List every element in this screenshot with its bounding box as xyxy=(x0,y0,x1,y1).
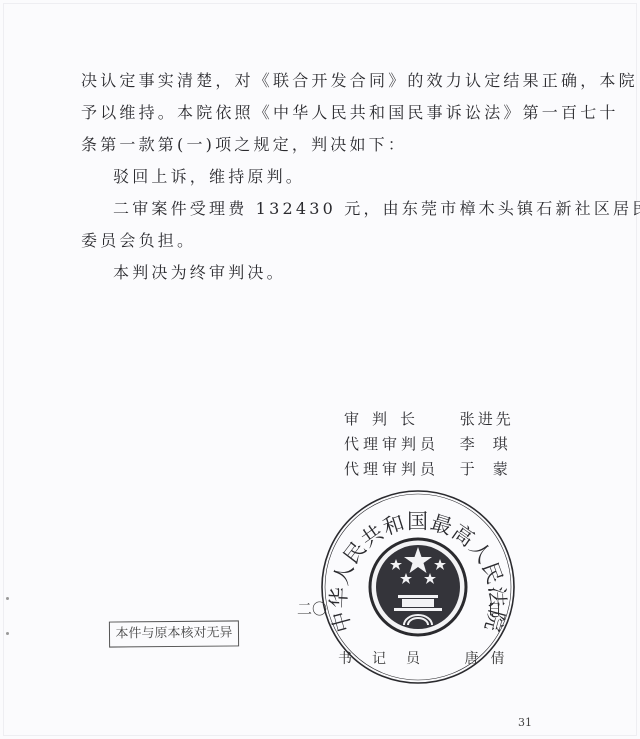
signature-name: 张进先 xyxy=(460,408,514,429)
signature-role: 代理审判员 xyxy=(344,433,454,454)
signature-role: 代理审判员 xyxy=(344,458,454,479)
body-line-3: 条第一款第(一)项之规定，判决如下： xyxy=(81,132,407,155)
clerk-name: 唐倩 xyxy=(464,651,516,667)
signature-role: 审判长 xyxy=(344,408,454,429)
ruling-line: 驳回上诉，维持原判。 xyxy=(113,164,305,187)
signature-acting-judge-2: 代理审判员 于蒙 xyxy=(344,458,526,479)
page-number: 31 xyxy=(518,716,532,729)
signature-presiding-judge: 审判长 张进先 xyxy=(344,408,514,429)
body-line-2: 予以维持。本院依照《中华人民共和国民事诉讼法》第一百七十 xyxy=(81,100,619,123)
signature-name: 于蒙 xyxy=(460,458,526,479)
binding-hole-mark xyxy=(6,632,9,635)
final-judgment-line: 本判决为终审判决。 xyxy=(113,260,286,283)
body-line-1: 决认定事实清楚，对《联合开发合同》的效力认定结果正确，本院 xyxy=(81,68,638,91)
binding-hole-mark xyxy=(6,597,9,600)
clerk-role: 书记员 xyxy=(338,651,440,667)
signature-acting-judge-1: 代理审判员 李琪 xyxy=(344,433,526,454)
signature-name: 李琪 xyxy=(460,433,526,454)
clerk-signature: 书记员 唐倩 xyxy=(338,648,516,668)
fee-line-cont: 委员会负担。 xyxy=(81,228,196,251)
certified-copy-stamp: 本件与原本核对无异 xyxy=(109,620,239,647)
fee-line: 二审案件受理费 132430 元，由东莞市樟木头镇石新社区居民 xyxy=(113,196,640,219)
